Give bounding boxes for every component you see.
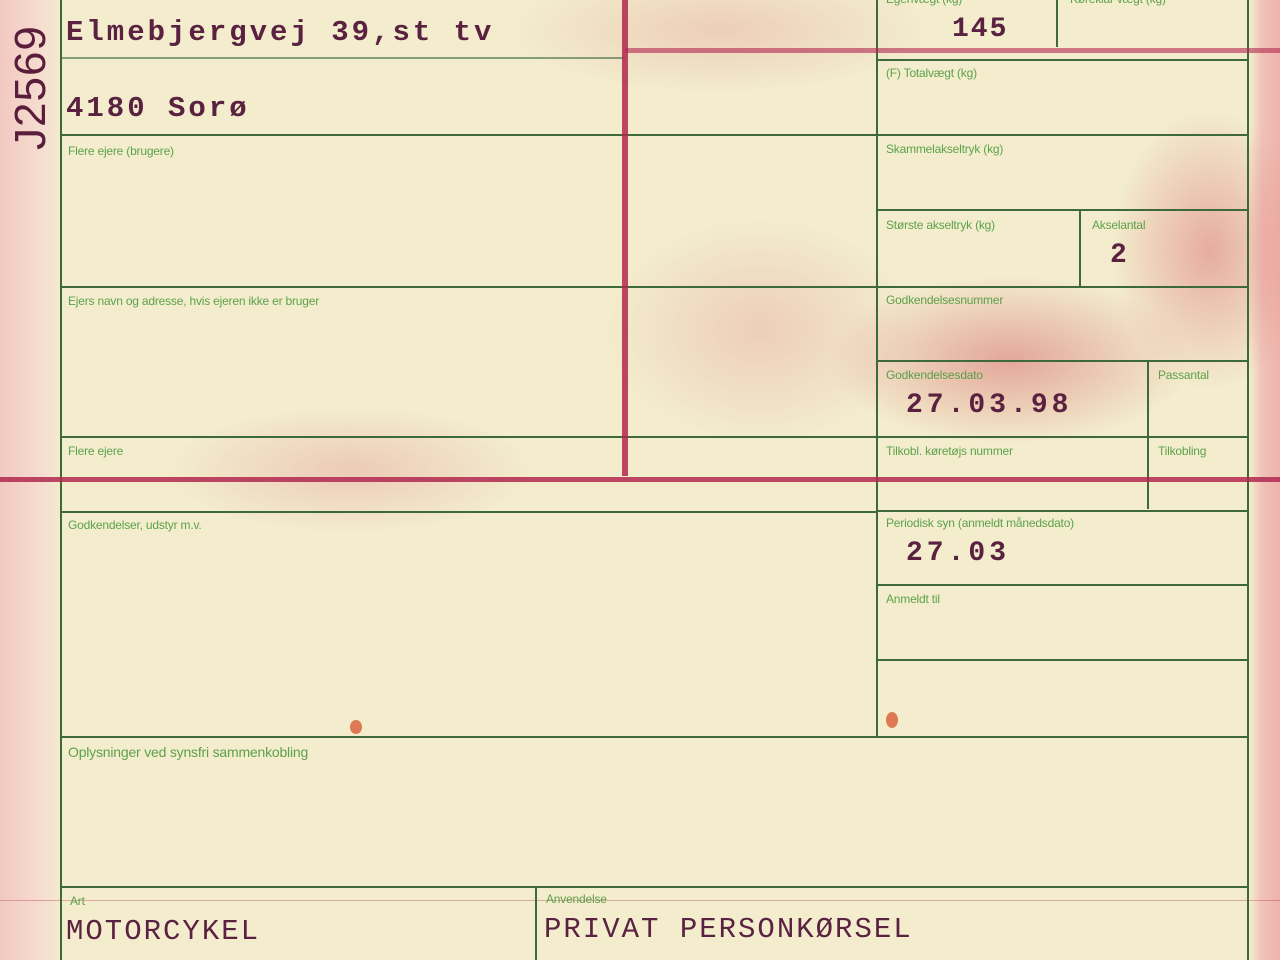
red-stamp-line [625, 48, 1280, 53]
label-akselantal: Akselantal [1092, 218, 1145, 232]
address-underline [62, 57, 625, 59]
label-koereklar-vaegt: Køreklar vægt (kg) [1070, 0, 1166, 6]
art-value: MOTORCYKEL [66, 915, 260, 948]
label-godkendelsesnummer: Godkendelsesnummer [886, 293, 1003, 307]
grid-line [62, 286, 877, 288]
grid-line [877, 360, 1248, 362]
label-tilkoblet-koeretoej: Tilkobl. køretøjs nummer [886, 444, 1013, 458]
grid-line [535, 887, 537, 960]
akselantal-value: 2 [1110, 240, 1129, 271]
grid-line [877, 436, 1248, 438]
grid-line [62, 886, 1248, 888]
label-tilkobling: Tilkobling [1158, 444, 1206, 458]
label-egenvaegt: Egenvægt (kg) [886, 0, 962, 6]
grid-line [877, 659, 1248, 661]
grid-line [1147, 361, 1149, 509]
label-anmeldt-til: Anmeldt til [886, 592, 940, 606]
grid-line [877, 584, 1248, 586]
grid-line [62, 436, 877, 438]
document-serial-code: J2569 [6, 25, 56, 150]
ink-spot [350, 720, 362, 734]
label-stoerste-akseltryk: Største akseltryk (kg) [886, 218, 995, 232]
godkendelsesdato-value: 27.03.98 [906, 390, 1072, 421]
red-stamp-line [0, 477, 1280, 482]
grid-line [877, 286, 1248, 288]
label-godkendelsesdato: Godkendelsesdato [886, 368, 983, 382]
owner-street: Elmebjergvej 39,st tv [66, 16, 494, 49]
egenvaegt-value: 145 [952, 14, 1008, 45]
grid-line [1056, 0, 1058, 47]
label-skammelakseltryk: Skammelakseltryk (kg) [886, 142, 1003, 156]
label-totalvaegt: (F) Totalvægt (kg) [886, 66, 977, 80]
label-art: Art [70, 894, 85, 908]
grid-line [877, 59, 1248, 61]
grid-line [876, 0, 878, 737]
owner-postal-city: 4180 Sorø [66, 92, 250, 125]
label-flere-ejere: Flere ejere (brugere) [68, 144, 174, 158]
label-anvendelse: Anvendelse [546, 892, 607, 906]
grid-line [877, 134, 1248, 136]
grid-line [62, 511, 877, 513]
anvendelse-value: PRIVAT PERSONKØRSEL [544, 913, 913, 946]
red-stamp-line [0, 900, 1280, 901]
grid-line [877, 510, 1248, 512]
label-godkendelser: Godkendelser, udstyr m.v. [68, 518, 202, 532]
grid-line [62, 134, 877, 136]
periodisk-syn-value: 27.03 [906, 538, 1010, 569]
grid-line [1079, 210, 1081, 287]
red-stamp-line [622, 0, 628, 476]
label-ejers-navn: Ejers navn og adresse, hvis ejeren ikke … [68, 294, 319, 308]
label-oplysninger: Oplysninger ved synsfri sammenkobling [68, 744, 308, 760]
label-periodisk-syn: Periodisk syn (anmeldt månedsdato) [886, 516, 1074, 530]
ink-spot [886, 712, 898, 728]
label-flere-ejere-2: Flere ejere [68, 444, 123, 458]
grid-line [877, 209, 1248, 211]
label-passantal: Passantal [1158, 368, 1209, 382]
grid-line [62, 736, 1248, 738]
